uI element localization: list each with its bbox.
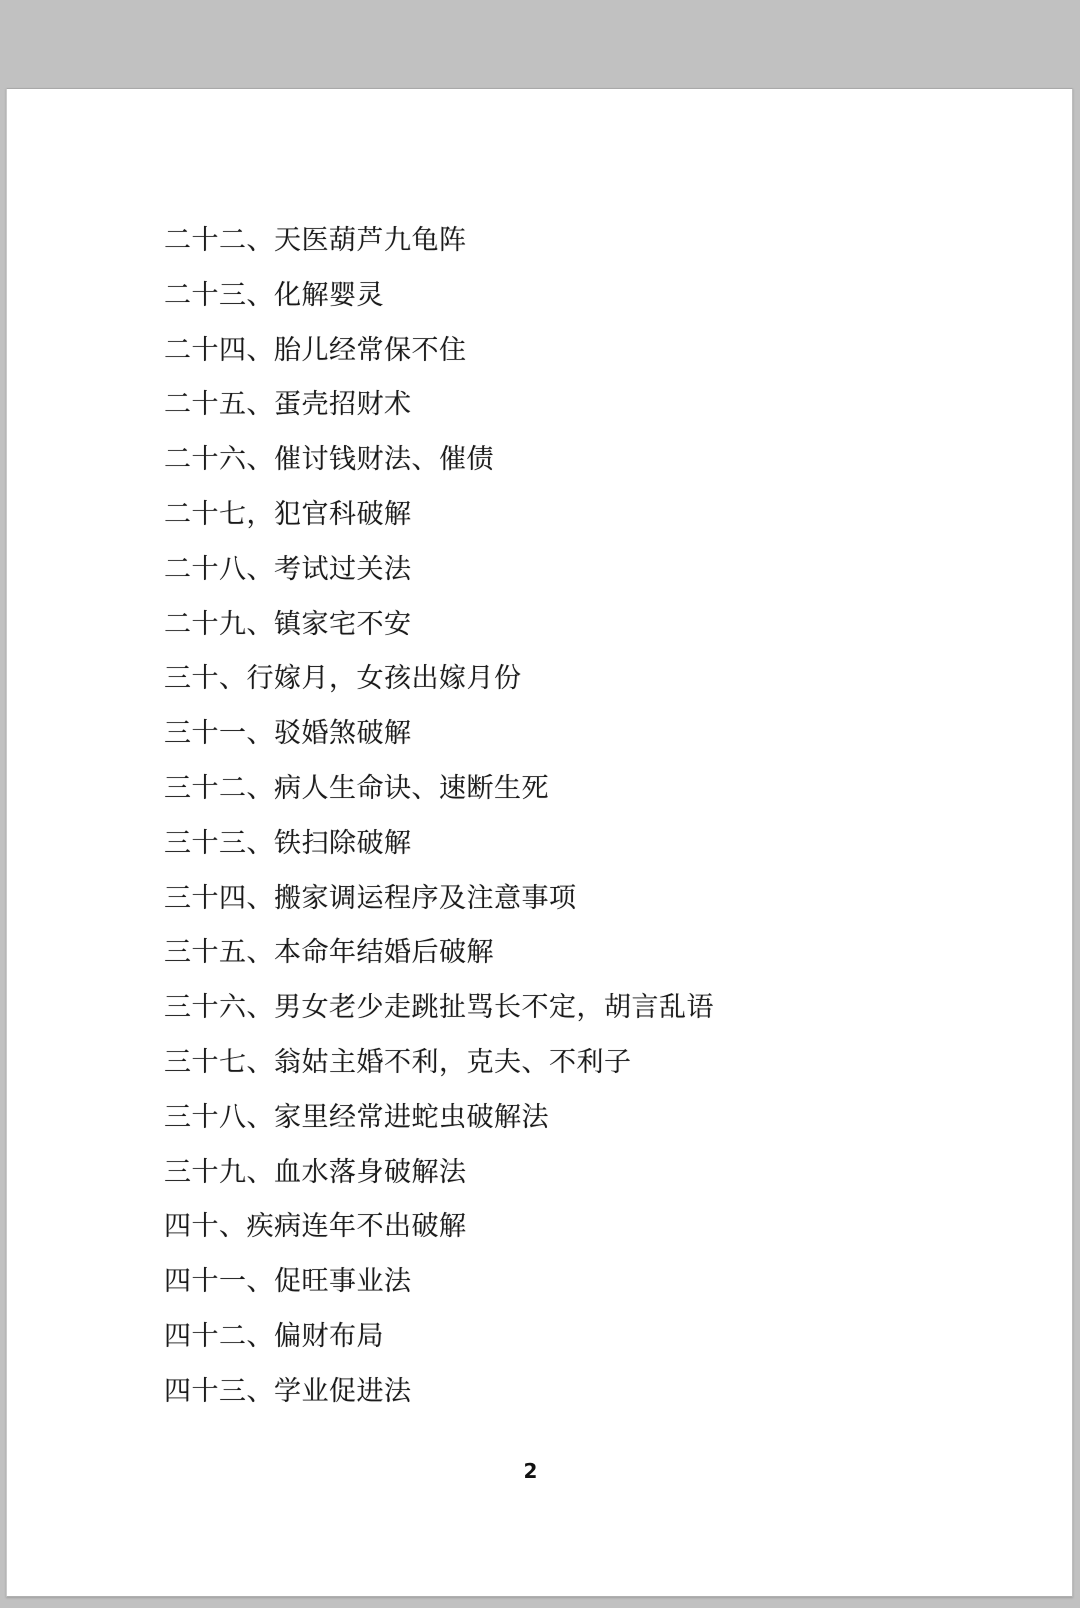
toc-item: 二十八、考试过关法 — [164, 542, 1032, 597]
toc-item: 三十三、铁扫除破解 — [164, 816, 1032, 871]
toc-item: 三十一、驳婚煞破解 — [164, 706, 1032, 761]
toc-item: 三十四、搬家调运程序及注意事项 — [164, 871, 1032, 926]
toc-item: 二十四、胎儿经常保不住 — [164, 323, 1032, 378]
toc-item: 四十、疾病连年不出破解 — [164, 1199, 1032, 1254]
toc-item: 二十二、天医葫芦九龟阵 — [164, 213, 1032, 268]
toc-item: 四十一、促旺事业法 — [164, 1254, 1032, 1309]
toc-item: 三十七、翁姑主婚不利，克夫、不利子 — [164, 1035, 1032, 1090]
toc-item: 二十六、催讨钱财法、催债 — [164, 432, 1032, 487]
toc-item: 三十六、男女老少走跳扯骂长不定，胡言乱语 — [164, 980, 1032, 1035]
toc-item: 三十九、血水落身破解法 — [164, 1145, 1032, 1200]
viewer-background: { "page": { "number": "2" }, "toc": { "i… — [0, 0, 1080, 1608]
toc-item: 四十二、偏财布局 — [164, 1309, 1032, 1364]
toc-item: 三十二、病人生命诀、速断生死 — [164, 761, 1032, 816]
toc-item: 三十五、本命年结婚后破解 — [164, 925, 1032, 980]
toc-list: 二十二、天医葫芦九龟阵 二十三、化解婴灵 二十四、胎儿经常保不住 二十五、蛋壳招… — [164, 213, 1032, 1419]
toc-item: 二十五、蛋壳招财术 — [164, 377, 1032, 432]
page-number: 2 — [0, 1459, 1063, 1483]
toc-item: 二十七，犯官科破解 — [164, 487, 1032, 542]
toc-item: 二十三、化解婴灵 — [164, 268, 1032, 323]
toc-item: 三十、行嫁月，女孩出嫁月份 — [164, 651, 1032, 706]
toc-item: 二十九、镇家宅不安 — [164, 597, 1032, 652]
toc-item: 三十八、家里经常进蛇虫破解法 — [164, 1090, 1032, 1145]
toc-item: 四十三、学业促进法 — [164, 1364, 1032, 1419]
document-page: 二十二、天医葫芦九龟阵 二十三、化解婴灵 二十四、胎儿经常保不住 二十五、蛋壳招… — [6, 88, 1073, 1597]
